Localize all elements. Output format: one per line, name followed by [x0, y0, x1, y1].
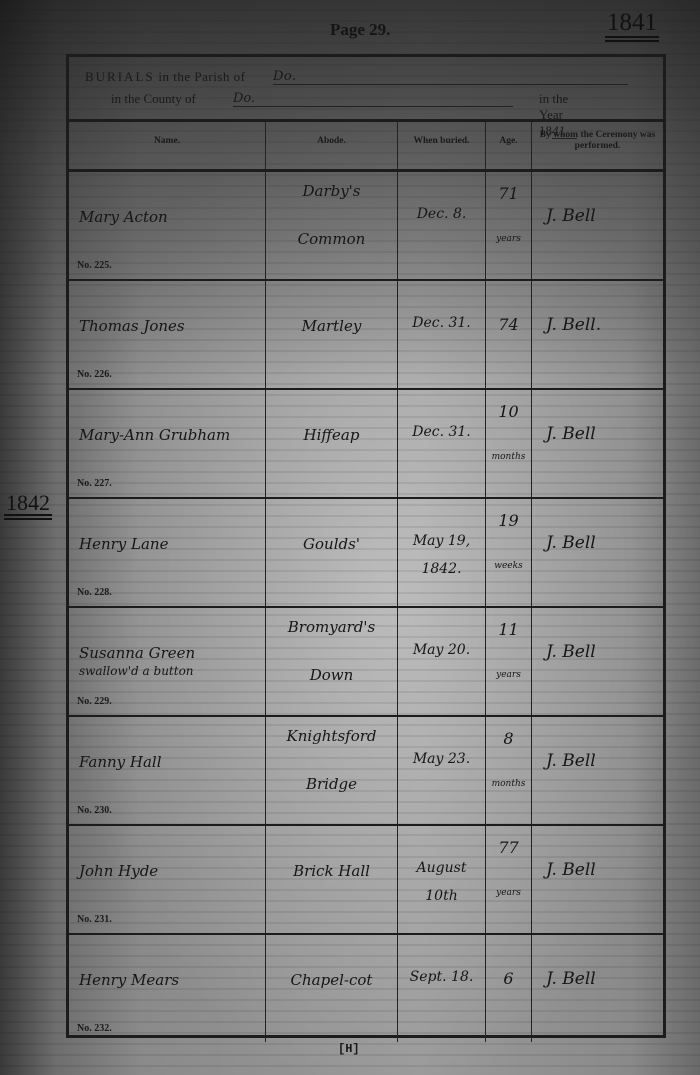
cell-officiant: J. Bell: [532, 935, 663, 1042]
officiant-signature: J. Bell.: [546, 315, 601, 335]
header-name: Name.: [69, 122, 266, 169]
cell-name: John Hyde No. 231.: [69, 826, 266, 933]
entry-note: swallow'd a button: [79, 664, 194, 678]
abode-line-1: Knightsford: [266, 727, 397, 745]
table-row: Thomas Jones No. 226. Martley Dec. 31. 7…: [69, 281, 663, 390]
parish-value: Do.: [273, 69, 628, 85]
header-when-buried: When buried.: [398, 122, 486, 169]
officiant-signature: J. Bell: [546, 969, 596, 989]
year-marker-top: 1841: [605, 10, 659, 38]
cell-name: Susanna Green swallow'd a button No. 229…: [69, 608, 266, 715]
age-value: 6: [486, 969, 531, 988]
burial-date: May 20.: [398, 642, 485, 658]
cell-when-buried: Dec. 8.: [398, 172, 486, 279]
burial-date: May 23.: [398, 751, 485, 767]
officiant-signature: J. Bell: [546, 533, 596, 553]
age-unit: years: [486, 234, 531, 244]
table-header: Name. Abode. When buried. Age. By whom t…: [69, 119, 663, 172]
cell-age: 71 years: [486, 172, 532, 279]
burial-date: Sept. 18.: [398, 969, 485, 985]
age-value: 19: [486, 511, 531, 530]
cell-officiant: J. Bell: [532, 717, 663, 824]
abode-line-1: Goulds': [266, 535, 397, 553]
county-value: Do.: [233, 91, 513, 107]
entry-number: No. 229.: [77, 696, 112, 707]
register-page: Page 29. 1841 1842 BURIALS in the Parish…: [0, 0, 700, 1075]
officiant-signature: J. Bell: [546, 860, 596, 880]
cell-officiant: J. Bell.: [532, 281, 663, 388]
table-row: Mary-Ann Grubham No. 227. Hiffeap Dec. 3…: [69, 390, 663, 499]
cell-age: 11 years: [486, 608, 532, 715]
cell-officiant: J. Bell: [532, 608, 663, 715]
cell-officiant: J. Bell: [532, 826, 663, 933]
deceased-name: Henry Mears: [79, 971, 179, 989]
cell-abode: Bromyard's Down: [266, 608, 398, 715]
age-value: 11: [486, 620, 531, 639]
deceased-name: Mary-Ann Grubham: [79, 426, 230, 444]
cell-officiant: J. Bell: [532, 499, 663, 606]
cell-age: 8 months: [486, 717, 532, 824]
entry-number: No. 227.: [77, 478, 112, 489]
cell-name: Henry Lane No. 228.: [69, 499, 266, 606]
age-unit: years: [486, 888, 531, 898]
deceased-name: Thomas Jones: [79, 317, 185, 335]
cell-abode: Knightsford Bridge: [266, 717, 398, 824]
cell-name: Mary Acton No. 225.: [69, 172, 266, 279]
burial-date: Dec. 31.: [398, 315, 485, 331]
header-age: Age.: [486, 122, 532, 169]
deceased-name: Fanny Hall: [79, 753, 162, 771]
table-row: John Hyde No. 231. Brick Hall August 10t…: [69, 826, 663, 935]
age-unit: years: [486, 670, 531, 680]
officiant-signature: J. Bell: [546, 642, 596, 662]
table-row: Henry Lane No. 228. Goulds' May 19, 1842…: [69, 499, 663, 608]
cell-when-buried: May 23.: [398, 717, 486, 824]
table-row: Susanna Green swallow'd a button No. 229…: [69, 608, 663, 717]
cell-abode: Martley: [266, 281, 398, 388]
cell-abode: Hiffeap: [266, 390, 398, 497]
cell-name: Thomas Jones No. 226.: [69, 281, 266, 388]
table-body: Mary Acton No. 225. Darby's Common Dec. …: [69, 172, 663, 1042]
deceased-name: Susanna Green: [79, 644, 195, 662]
abode-line-1: Hiffeap: [266, 426, 397, 444]
cell-abode: Chapel-cot: [266, 935, 398, 1042]
cell-abode: Darby's Common: [266, 172, 398, 279]
burial-date: Dec. 8.: [398, 206, 485, 222]
table-row: Fanny Hall No. 230. Knightsford Bridge M…: [69, 717, 663, 826]
table-row: Henry Mears No. 232. Chapel-cot Sept. 18…: [69, 935, 663, 1042]
deceased-name: John Hyde: [79, 862, 158, 880]
officiant-signature: J. Bell: [546, 751, 596, 771]
entry-number: No. 228.: [77, 587, 112, 598]
cell-abode: Brick Hall: [266, 826, 398, 933]
header-abode-label: Abode.: [266, 136, 397, 146]
age-value: 10: [486, 402, 531, 421]
header-officiant-label: By whom the Ceremony was performed.: [532, 130, 663, 152]
table-row: Mary Acton No. 225. Darby's Common Dec. …: [69, 172, 663, 281]
officiant-signature: J. Bell: [546, 206, 596, 226]
abode-line-1: Darby's: [266, 182, 397, 200]
age-unit: weeks: [486, 561, 531, 571]
abode-line-1: Chapel-cot: [266, 971, 397, 989]
cell-when-buried: Dec. 31.: [398, 281, 486, 388]
cell-officiant: J. Bell: [532, 172, 663, 279]
entry-number: No. 225.: [77, 260, 112, 271]
cell-age: 10 months: [486, 390, 532, 497]
cell-name: Fanny Hall No. 230.: [69, 717, 266, 824]
abode-line-2: Bridge: [266, 775, 397, 793]
parish-label: in the Parish of: [158, 69, 245, 84]
header-officiant: By whom the Ceremony was performed.: [532, 122, 663, 169]
burial-register-form: BURIALS in the Parish of Do. in the Coun…: [66, 54, 666, 1038]
age-value: 8: [486, 729, 531, 748]
county-label: in the County of: [111, 91, 196, 106]
entry-number: No. 230.: [77, 805, 112, 816]
form-heading: BURIALS: [85, 69, 155, 84]
cell-abode: Goulds': [266, 499, 398, 606]
burial-date-line-2: 10th: [398, 888, 485, 904]
abode-line-1: Brick Hall: [266, 862, 397, 880]
abode-line-2: Down: [266, 666, 397, 684]
cell-officiant: J. Bell: [532, 390, 663, 497]
cell-age: 19 weeks: [486, 499, 532, 606]
cell-age: 6: [486, 935, 532, 1042]
footer-mark: [H]: [338, 1042, 360, 1056]
page-number: Page 29.: [330, 20, 390, 40]
title-line-parish: BURIALS in the Parish of Do.: [85, 69, 245, 85]
cell-when-buried: Dec. 31.: [398, 390, 486, 497]
age-value: 71: [486, 184, 531, 203]
cell-name: Henry Mears No. 232.: [69, 935, 266, 1042]
entry-number: No. 231.: [77, 914, 112, 925]
burial-date: Dec. 31.: [398, 424, 485, 440]
form-title: BURIALS in the Parish of Do. in the Coun…: [85, 67, 653, 117]
age-value: 77: [486, 838, 531, 857]
header-when-label: When buried.: [398, 136, 485, 146]
entry-number: No. 226.: [77, 369, 112, 380]
burial-date-line-2: 1842.: [398, 561, 485, 577]
abode-line-1: Bromyard's: [266, 618, 397, 636]
abode-line-2: Common: [266, 230, 397, 248]
header-name-label: Name.: [69, 136, 265, 146]
cell-age: 74: [486, 281, 532, 388]
burial-table: Name. Abode. When buried. Age. By whom t…: [69, 119, 663, 1042]
cell-when-buried: May 19, 1842.: [398, 499, 486, 606]
cell-when-buried: May 20.: [398, 608, 486, 715]
deceased-name: Henry Lane: [79, 535, 168, 553]
officiant-signature: J. Bell: [546, 424, 596, 444]
header-age-label: Age.: [486, 136, 531, 146]
header-abode: Abode.: [266, 122, 398, 169]
cell-when-buried: August 10th: [398, 826, 486, 933]
burial-date: May 19,: [398, 533, 485, 549]
age-value: 74: [486, 315, 531, 334]
cell-name: Mary-Ann Grubham No. 227.: [69, 390, 266, 497]
title-line-county: in the County of Do. in the Year 1841: [111, 91, 196, 107]
cell-age: 77 years: [486, 826, 532, 933]
age-unit: months: [486, 452, 531, 462]
abode-line-1: Martley: [266, 317, 397, 335]
year-marker-side: 1842: [4, 492, 52, 516]
deceased-name: Mary Acton: [79, 208, 168, 226]
cell-when-buried: Sept. 18.: [398, 935, 486, 1042]
burial-date: August: [398, 860, 485, 876]
entry-number: No. 232.: [77, 1023, 112, 1034]
age-unit: months: [486, 779, 531, 789]
